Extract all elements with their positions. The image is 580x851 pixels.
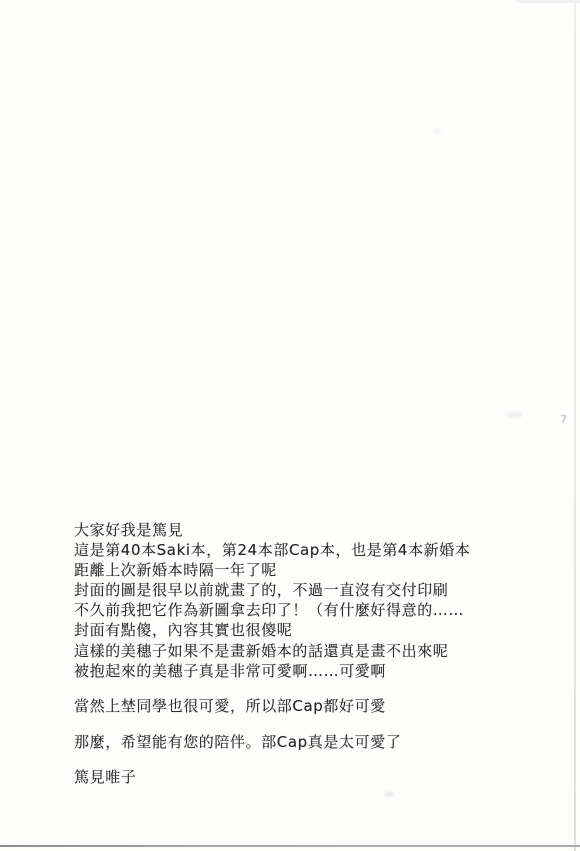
text-line: 大家好我是篤見 bbox=[74, 520, 544, 540]
text-line: 封面有點傻，內容其實也很傻呢 bbox=[74, 620, 544, 640]
text-line: 這樣的美穗子如果不是畫新婚本的話還真是畫不出來呢 bbox=[74, 641, 544, 661]
text-line: 這是第40本Saki本，第24本部Cap本，也是第4本新婚本 bbox=[74, 540, 544, 560]
text-line: 距離上次新婚本時隔一年了呢 bbox=[74, 560, 544, 580]
scanned-page: 大家好我是篤見這是第40本Saki本，第24本部Cap本，也是第4本新婚本距離上… bbox=[0, 0, 580, 851]
afterword-lines: 大家好我是篤見這是第40本Saki本，第24本部Cap本，也是第4本新婚本距離上… bbox=[74, 520, 544, 767]
text-line bbox=[74, 752, 544, 768]
text-line bbox=[74, 681, 544, 697]
text-line: 那麼，希望能有您的陪伴。部Cap真是太可愛了 bbox=[74, 732, 544, 752]
scan-smudge bbox=[507, 412, 522, 418]
afterword-text-block: 大家好我是篤見這是第40本Saki本，第24本部Cap本，也是第4本新婚本距離上… bbox=[74, 520, 544, 788]
page-edge-right bbox=[574, 0, 576, 851]
text-line: 被抱起來的美穗子真是非常可愛啊……可愛啊 bbox=[74, 661, 544, 681]
faint-page-number-mark: 7 bbox=[560, 413, 567, 426]
text-line: 不久前我把它作為新圖拿去印了！（有什麼好得意的…… bbox=[74, 600, 544, 620]
text-line bbox=[74, 716, 544, 732]
scan-smudge bbox=[433, 128, 441, 133]
text-line: 封面的圖是很早以前就畫了的，不過一直沒有交付印刷 bbox=[74, 580, 544, 600]
text-line: 當然上埜同學也很可愛，所以部Cap都好可愛 bbox=[74, 696, 544, 716]
scan-edge-bottom bbox=[0, 845, 580, 847]
scan-edge-top-right bbox=[516, 0, 580, 3]
signature: 篤見唯子 bbox=[74, 767, 544, 787]
scan-smudge bbox=[384, 792, 394, 797]
